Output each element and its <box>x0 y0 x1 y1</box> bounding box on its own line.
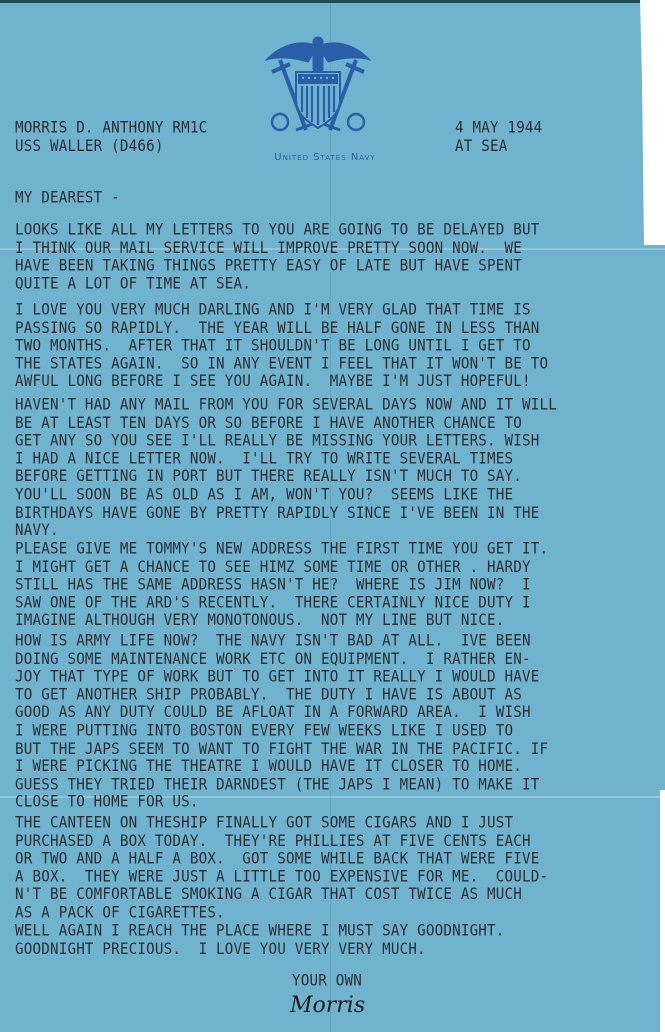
text-line: I HAD A NICE LETTER NOW. I'LL TRY TO WRI… <box>15 450 513 468</box>
text-line: I MIGHT GET A CHANCE TO SEE HIMZ SOME TI… <box>15 558 531 576</box>
text-line: I WERE PUTTING INTO BOSTON EVERY FEW WEE… <box>15 722 513 740</box>
text-line: HOW IS ARMY LIFE NOW? THE NAVY ISN'T BAD… <box>15 632 531 650</box>
closing: YOUR OWN <box>292 973 362 991</box>
text-line: YOU'LL SOON BE AS OLD AS I AM, WON'T YOU… <box>15 486 513 504</box>
signature: Morris <box>290 993 365 1018</box>
text-line: THE STATES AGAIN. SO IN ANY EVENT I FEEL… <box>15 355 548 373</box>
scan-background <box>660 790 665 1032</box>
text-line: JOY THAT TYPE OF WORK BUT TO GET INTO IT… <box>15 668 540 686</box>
text-line: BE AT LEAST TEN DAYS OR SO BEFORE I HAVE… <box>15 414 522 432</box>
salutation: MY DEAREST - <box>15 190 120 208</box>
text-line: OR TWO AND A HALF A BOX. GOT SOME WHILE … <box>15 850 540 868</box>
text-line: GOODNIGHT PRECIOUS. I LOVE YOU VERY VERY… <box>15 940 426 958</box>
text-line: STILL HAS THE SAME ADDRESS HASN'T HE? WH… <box>15 576 531 594</box>
scan-top-edge <box>0 0 665 3</box>
paragraph: THE CANTEEN ON THESHIP FINALLY GOT SOME … <box>15 815 548 923</box>
text-line: LOOKS LIKE ALL MY LETTERS TO YOU ARE GOI… <box>15 221 540 239</box>
text-line: BEFORE GETTING IN PORT BUT THERE REALLY … <box>15 468 522 486</box>
paragraph: LOOKS LIKE ALL MY LETTERS TO YOU ARE GOI… <box>15 222 540 294</box>
paragraph: I LOVE YOU VERY MUCH DARLING AND I'M VER… <box>15 302 548 392</box>
letter-date: 4 MAY 1944 <box>455 119 542 137</box>
text-line: PLEASE GIVE ME TOMMY'S NEW ADDRESS THE F… <box>15 540 548 558</box>
text-line: N'T BE COMFORTABLE SMOKING A CIGAR THAT … <box>15 886 522 904</box>
text-line: AWFUL LONG BEFORE I SEE YOU AGAIN. MAYBE… <box>15 373 531 391</box>
text-line: BIRTHDAYS HAVE GONE BY PRETTY RAPIDLY SI… <box>15 503 540 521</box>
paragraph: HOW IS ARMY LIFE NOW? THE NAVY ISN'T BAD… <box>15 633 548 812</box>
text-line: IMAGINE ALTHOUGH VERY MONOTONOUS. NOT MY… <box>15 612 505 630</box>
sender-block: MORRIS D. ANTHONY RM1C USS WALLER (D466) <box>15 120 207 156</box>
text-line: PASSING SO RAPIDLY. THE YEAR WILL BE HAL… <box>15 319 540 337</box>
text-line: THE CANTEEN ON THESHIP FINALLY GOT SOME … <box>15 814 513 832</box>
paragraph: PLEASE GIVE ME TOMMY'S NEW ADDRESS THE F… <box>15 541 548 631</box>
text-line: I LOVE YOU VERY MUCH DARLING AND I'M VER… <box>15 301 531 319</box>
sender-name: MORRIS D. ANTHONY RM1C <box>15 119 207 137</box>
text-line: I THINK OUR MAIL SERVICE WILL IMPROVE PR… <box>15 239 522 257</box>
text-line: HAVEN'T HAD ANY MAIL FROM YOU FOR SEVERA… <box>15 396 557 414</box>
text-line: HAVE BEEN TAKING THINGS PRETTY EASY OF L… <box>15 257 522 275</box>
letter-paper: United States Navy MORRIS D. ANTHONY RM1… <box>0 0 665 1032</box>
text-line: GUESS THEY TRIED THEIR DARNDEST (THE JAP… <box>15 775 540 793</box>
text-line: AS A PACK OF CIGARETTES. <box>15 904 225 922</box>
text-line: GOOD AS ANY DUTY COULD BE AFLOAT IN A FO… <box>15 704 531 722</box>
text-line: TWO MONTHS. AFTER THAT IT SHOULDN'T BE L… <box>15 337 531 355</box>
text-line: QUITE A LOT OF TIME AT SEA. <box>15 275 251 293</box>
letterhead-organization: United States Navy <box>250 152 400 163</box>
text-line: DOING SOME MAINTENANCE WORK ETC ON EQUIP… <box>15 650 531 668</box>
text-line: SAW ONE OF THE ARD'S RECENTLY. THERE CER… <box>15 594 531 612</box>
text-line: CLOSE TO HOME FOR US. <box>15 793 199 811</box>
text-line: TO GET ANOTHER SHIP PROBABLY. THE DUTY I… <box>15 686 522 704</box>
text-line: WELL AGAIN I REACH THE PLACE WHERE I MUS… <box>15 922 505 940</box>
navy-emblem-icon <box>258 32 378 140</box>
sender-ship: USS WALLER (D466) <box>15 137 164 155</box>
date-block: 4 MAY 1944 AT SEA <box>455 120 542 156</box>
text-line: NAVY. <box>15 521 59 539</box>
text-line: A BOX. THEY WERE JUST A LITTLE TOO EXPEN… <box>15 868 548 886</box>
text-line: I WERE PICKING THE THEATRE I WOULD HAVE … <box>15 757 522 775</box>
text-line: PURCHASED A BOX TODAY. THEY'RE PHILLIES … <box>15 832 531 850</box>
paragraph: WELL AGAIN I REACH THE PLACE WHERE I MUS… <box>15 923 505 959</box>
text-line: GET ANY SO YOU SEE I'LL REALLY BE MISSIN… <box>15 432 540 450</box>
text-line: BUT THE JAPS SEEM TO WANT TO FIGHT THE W… <box>15 739 548 757</box>
scan-background <box>650 0 665 245</box>
paragraph: HAVEN'T HAD ANY MAIL FROM YOU FOR SEVERA… <box>15 397 557 540</box>
letter-location: AT SEA <box>455 137 507 155</box>
